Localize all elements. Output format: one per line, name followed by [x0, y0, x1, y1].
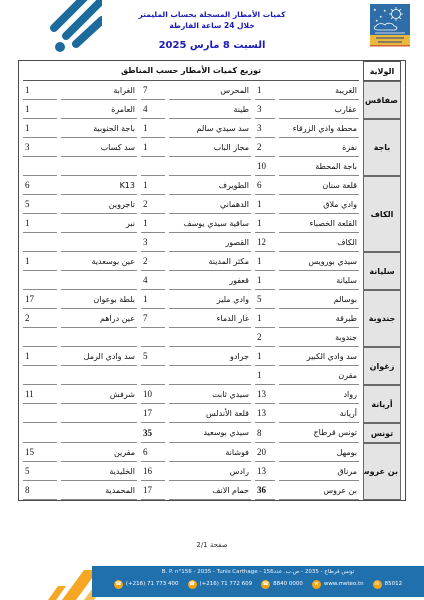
station-name-cell: [169, 157, 251, 176]
rain-value-cell: 7: [141, 81, 165, 100]
rain-value-cell: 5: [141, 347, 165, 366]
rain-value-cell: 6: [23, 176, 57, 195]
wilaya-column-header: الولاية: [363, 61, 401, 81]
table-row: الكافقلعة سنان6الطويرف1K136: [23, 176, 401, 195]
station-name-cell: وادي مليز: [169, 290, 251, 309]
rain-value-cell: 1: [23, 252, 57, 271]
table-row: سليانةسيدي بورويس1مكثر المدينة2عين بوسعد…: [23, 252, 401, 271]
rain-value-cell: [23, 366, 57, 385]
station-name-cell: مقرين: [61, 443, 137, 462]
station-name-cell: غار الدماء: [169, 309, 251, 328]
station-name-cell: أريانة: [279, 404, 359, 423]
station-name-cell: الخليدية: [61, 462, 137, 481]
rainfall-table-frame: الولاية توزيع كميات الأمطار حسب المناطق …: [18, 60, 406, 501]
globe-icon: w: [312, 580, 321, 589]
rain-value-cell: [23, 423, 57, 443]
station-name-cell: سد كساب: [61, 138, 137, 157]
station-name-cell: نفزة: [279, 138, 359, 157]
rain-value-cell: 1: [23, 214, 57, 233]
station-name-cell: طبرقة: [279, 309, 359, 328]
footer-address: B. P. n°156 - 2035 - Tunis Carthage - تو…: [92, 570, 424, 576]
station-name-cell: [61, 271, 137, 290]
fax-icon: ☎: [188, 580, 197, 589]
report-date: السبت 8 مارس 2025: [0, 40, 424, 51]
station-name-cell: الغرابة: [61, 81, 137, 100]
station-name-cell: ساقية سيدي يوسف: [169, 214, 251, 233]
rain-value-cell: 17: [141, 481, 165, 500]
rain-value-cell: 4: [141, 271, 165, 290]
rain-value-cell: 13: [255, 404, 275, 423]
footer-bar: B. P. n°156 - 2035 - Tunis Carthage - تو…: [92, 566, 424, 597]
regions-column-header: توزيع كميات الأمطار حسب المناطق: [23, 61, 359, 81]
table-row: نفزة2مجاز الباب1سد كساب3: [23, 138, 401, 157]
station-name-cell: سد وادي الرمل: [61, 347, 137, 366]
wilaya-cell: جندوبة: [363, 290, 401, 347]
station-name-cell: قعفور: [169, 271, 251, 290]
station-name-cell: سليانة: [279, 271, 359, 290]
rainfall-report-page: { "header": { "title_line1": "كميات الأم…: [0, 0, 424, 600]
rain-value-cell: 3: [141, 233, 165, 252]
rain-value-cell: 1: [255, 214, 275, 233]
station-name-cell: قلعة الأندلس: [169, 404, 251, 423]
footer-contact-item: ☎(+216) 71 773 400: [114, 580, 179, 589]
table-row: جندوبة2: [23, 328, 401, 347]
table-row: صفاقسالغريبة1المحرس7الغرابة1: [23, 81, 401, 100]
rain-value-cell: 3: [255, 119, 275, 138]
table-row: أريانة13قلعة الأندلس17: [23, 404, 401, 423]
rain-value-cell: 1: [23, 100, 57, 119]
station-name-cell: العامرة: [61, 100, 137, 119]
footer-contact-item: ☎(+216) 71 772 609: [188, 580, 253, 589]
station-name-cell: جندوبة: [279, 328, 359, 347]
table-row: عقارب3طينة4العامرة1: [23, 100, 401, 119]
station-name-cell: تاجروين: [61, 195, 137, 214]
station-name-cell: سيدي بوسعيد: [169, 423, 251, 443]
report-title-line2: خلال 24 ساعة الفارطة: [0, 21, 424, 32]
station-name-cell: الكاف: [279, 233, 359, 252]
table-row: تونستونس قرطاج8سيدي بوسعيد35: [23, 423, 401, 443]
station-name-cell: عين دراهم: [61, 309, 137, 328]
station-name-cell: حمام الانف: [169, 481, 251, 500]
rain-value-cell: 5: [255, 290, 275, 309]
table-row: زغوانسد وادي الكبير1جرادو5سد وادي الرمل1: [23, 347, 401, 366]
station-name-cell: [61, 423, 137, 443]
rain-value-cell: 20: [255, 443, 275, 462]
station-name-cell: سيدي بورويس: [279, 252, 359, 271]
rain-value-cell: 4: [141, 100, 165, 119]
footer-contact-item: wwww.meteo.tn: [312, 580, 364, 589]
phone-icon: ☎: [114, 580, 123, 589]
station-name-cell: [61, 328, 137, 347]
station-name-cell: الطويرف: [169, 176, 251, 195]
rain-value-cell: 8: [255, 423, 275, 443]
rain-value-cell: 7: [141, 309, 165, 328]
station-name-cell: طينة: [169, 100, 251, 119]
footer-contact-item: ✉85012: [373, 580, 403, 589]
station-name-cell: K13: [61, 176, 137, 195]
station-name-cell: بلطة بوعوان: [61, 290, 137, 309]
footer-contact-item: ☎8840 0000: [261, 580, 303, 589]
table-row: طبرقة1غار الدماء7عين دراهم2: [23, 309, 401, 328]
rain-value-cell: 1: [141, 119, 165, 138]
rain-value-cell: [141, 157, 165, 176]
rain-value-cell: 1: [255, 366, 275, 385]
rain-value-cell: 36: [255, 481, 275, 500]
rain-value-cell: 1: [141, 214, 165, 233]
rain-value-cell: 8: [23, 481, 57, 500]
contact-text: (+216) 71 772 609: [200, 581, 253, 587]
station-name-cell: محطة وادي الزرقاء: [279, 119, 359, 138]
station-name-cell: [169, 328, 251, 347]
table-row: القلعة الخصباء1ساقية سيدي يوسف1نبر1: [23, 214, 401, 233]
rain-value-cell: 1: [141, 290, 165, 309]
station-name-cell: عقارب: [279, 100, 359, 119]
wilaya-cell: الكاف: [363, 176, 401, 252]
rain-value-cell: 6: [255, 176, 275, 195]
table-row: سليانة1قعفور4: [23, 271, 401, 290]
station-name-cell: مقرن: [279, 366, 359, 385]
station-name-cell: سيدي ثابت: [169, 385, 251, 404]
rain-value-cell: 1: [255, 252, 275, 271]
wilaya-cell: صفاقس: [363, 81, 401, 119]
rain-value-cell: [23, 328, 57, 347]
rain-value-cell: 13: [255, 462, 275, 481]
rain-value-cell: 1: [255, 347, 275, 366]
rain-value-cell: [23, 271, 57, 290]
rain-value-cell: 10: [255, 157, 275, 176]
rain-value-cell: 5: [23, 195, 57, 214]
rain-value-cell: 10: [141, 385, 165, 404]
station-name-cell: سد وادي الكبير: [279, 347, 359, 366]
rain-value-cell: 15: [23, 443, 57, 462]
station-name-cell: القلعة الخصباء: [279, 214, 359, 233]
station-name-cell: مجاز الباب: [169, 138, 251, 157]
table-row: وادي ملاق1الدهماني2تاجروين5: [23, 195, 401, 214]
wilaya-cell: أريانة: [363, 385, 401, 423]
rain-value-cell: 1: [255, 271, 275, 290]
rain-value-cell: 5: [23, 462, 57, 481]
wilaya-cell: زغوان: [363, 347, 401, 385]
page-number: صفحة 2/1: [0, 541, 424, 549]
station-name-cell: جرادو: [169, 347, 251, 366]
station-name-cell: سد سيدي سالم: [169, 119, 251, 138]
rain-value-cell: [141, 328, 165, 347]
station-name-cell: بومهل: [279, 443, 359, 462]
rain-value-cell: 13: [255, 385, 275, 404]
station-name-cell: رادس: [169, 462, 251, 481]
rain-value-cell: 1: [141, 176, 165, 195]
contact-text: (+216) 71 773 400: [126, 581, 179, 587]
station-name-cell: [61, 404, 137, 423]
table-row: أريانةرواد13سيدي ثابت10شرفش11: [23, 385, 401, 404]
table-row: جندوبةبوسالم5وادي مليز1بلطة بوعوان17: [23, 290, 401, 309]
rain-value-cell: 17: [141, 404, 165, 423]
mail-icon: ✉: [373, 580, 382, 589]
station-name-cell: مرناق: [279, 462, 359, 481]
station-name-cell: [61, 233, 137, 252]
station-name-cell: باجة الجنوبية: [61, 119, 137, 138]
station-name-cell: المحرس: [169, 81, 251, 100]
station-name-cell: باجة المحطة: [279, 157, 359, 176]
contact-text: 8840 0000: [273, 581, 303, 587]
wilaya-cell: باجة: [363, 119, 401, 176]
station-name-cell: فوشانة: [169, 443, 251, 462]
wilaya-cell: تونس: [363, 423, 401, 443]
rain-value-cell: 1: [23, 81, 57, 100]
rainfall-table: الولاية توزيع كميات الأمطار حسب المناطق …: [19, 61, 405, 500]
station-name-cell: [61, 366, 137, 385]
rain-value-cell: 2: [255, 138, 275, 157]
table-row: الكاف12القصور3: [23, 233, 401, 252]
station-name-cell: نبر: [61, 214, 137, 233]
rain-value-cell: [141, 366, 165, 385]
rain-value-cell: 1: [141, 138, 165, 157]
rain-value-cell: 2: [141, 195, 165, 214]
station-name-cell: القصور: [169, 233, 251, 252]
footer-contacts: ☎(+216) 71 773 400☎(+216) 71 772 609☎884…: [92, 580, 424, 589]
handset-icon: ☎: [261, 580, 270, 589]
rain-value-cell: 3: [255, 100, 275, 119]
contact-text: 85012: [385, 581, 403, 587]
table-row: مرناق13رادس16الخليدية5: [23, 462, 401, 481]
station-name-cell: بوسالم: [279, 290, 359, 309]
table-row: مقرن1: [23, 366, 401, 385]
station-name-cell: [61, 157, 137, 176]
rain-value-cell: 1: [255, 81, 275, 100]
station-name-cell: عين بوسعدية: [61, 252, 137, 271]
report-header: كميات الأمطار المسجلة بحساب المليمتر خلا…: [0, 10, 424, 51]
station-name-cell: رواد: [279, 385, 359, 404]
table-header-row: الولاية توزيع كميات الأمطار حسب المناطق: [23, 61, 401, 81]
rain-value-cell: 11: [23, 385, 57, 404]
contact-text: www.meteo.tn: [324, 581, 364, 587]
rain-value-cell: 1: [255, 195, 275, 214]
report-title-line1: كميات الأمطار المسجلة بحساب المليمتر: [0, 10, 424, 21]
station-name-cell: الدهماني: [169, 195, 251, 214]
table-row: بن عروسبومهل20فوشانة6مقرين15: [23, 443, 401, 462]
wilaya-cell: سليانة: [363, 252, 401, 290]
station-name-cell: الغريبة: [279, 81, 359, 100]
rain-value-cell: 1: [23, 119, 57, 138]
rain-value-cell: 35: [141, 423, 165, 443]
rain-value-cell: 12: [255, 233, 275, 252]
station-name-cell: قلعة سنان: [279, 176, 359, 195]
rain-table-body: صفاقسالغريبة1المحرس7الغرابة1عقارب3طينة4ا…: [23, 81, 401, 500]
rain-value-cell: [23, 404, 57, 423]
wilaya-cell: بن عروس: [363, 443, 401, 500]
rain-value-cell: 2: [141, 252, 165, 271]
station-name-cell: شرفش: [61, 385, 137, 404]
station-name-cell: المحمدية: [61, 481, 137, 500]
rain-value-cell: 2: [255, 328, 275, 347]
rain-value-cell: 1: [255, 309, 275, 328]
rain-value-cell: 6: [141, 443, 165, 462]
station-name-cell: بن عروس: [279, 481, 359, 500]
station-name-cell: وادي ملاق: [279, 195, 359, 214]
table-row: باجة المحطة10: [23, 157, 401, 176]
station-name-cell: مكثر المدينة: [169, 252, 251, 271]
station-name-cell: [169, 366, 251, 385]
table-row: باجةمحطة وادي الزرقاء3سد سيدي سالم1باجة …: [23, 119, 401, 138]
rain-value-cell: 3: [23, 138, 57, 157]
rain-value-cell: 1: [23, 347, 57, 366]
rain-value-cell: [23, 233, 57, 252]
station-name-cell: تونس قرطاج: [279, 423, 359, 443]
rain-value-cell: 2: [23, 309, 57, 328]
rain-value-cell: [23, 157, 57, 176]
rain-value-cell: 17: [23, 290, 57, 309]
rain-value-cell: 16: [141, 462, 165, 481]
table-row: بن عروس36حمام الانف17المحمدية8: [23, 481, 401, 500]
